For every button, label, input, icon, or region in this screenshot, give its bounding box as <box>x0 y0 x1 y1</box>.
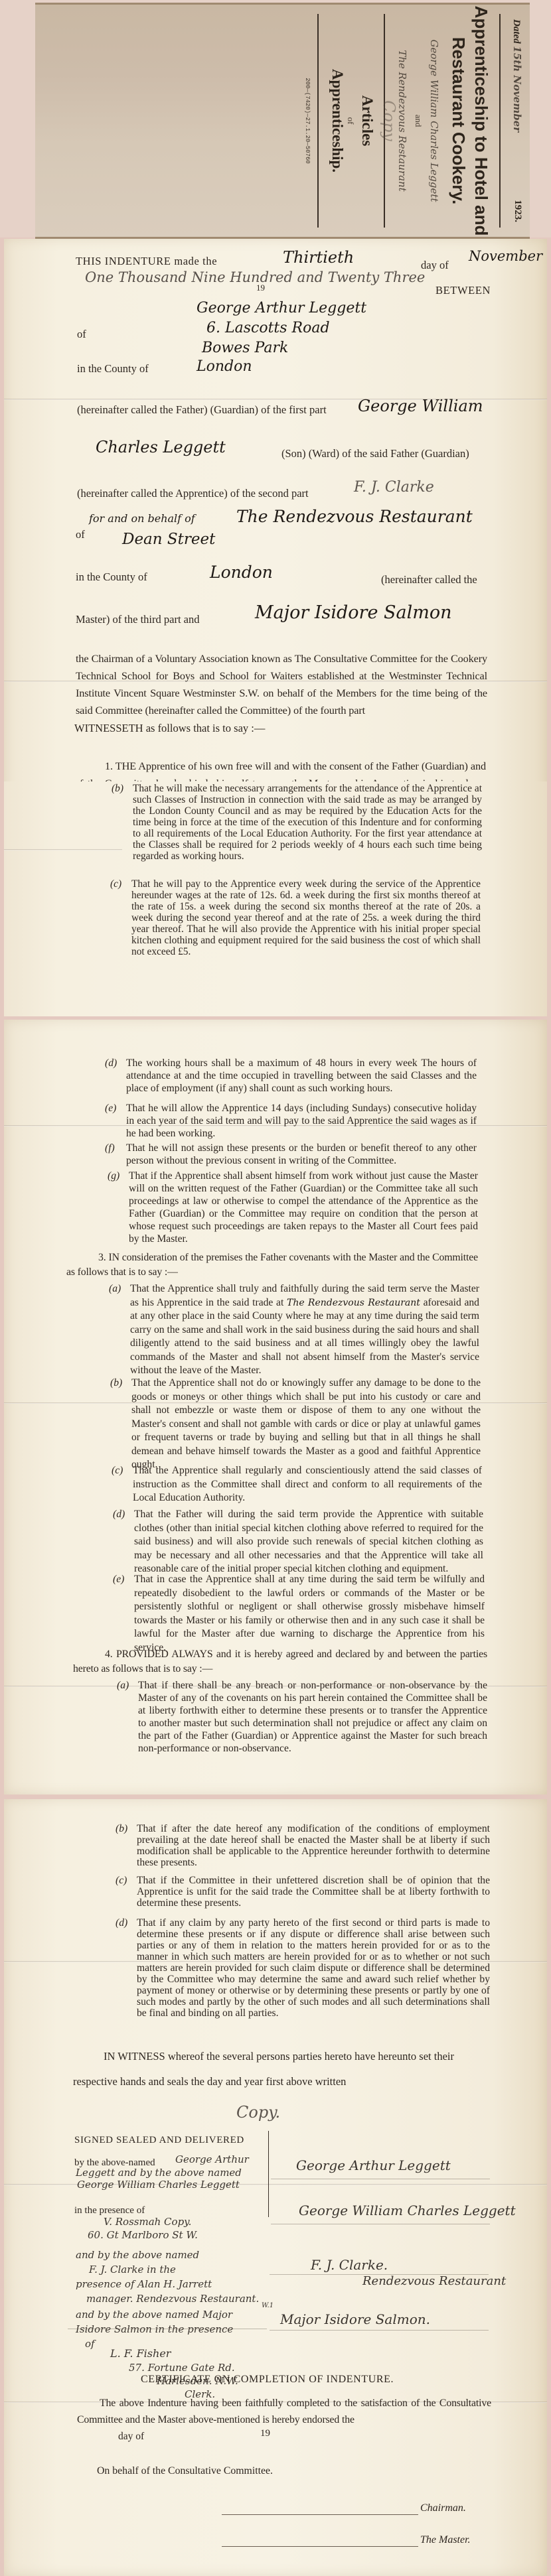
cover-and: and <box>413 5 424 237</box>
by-named-3: George William Charles Leggett <box>77 2179 240 2191</box>
clause-4c-text: That if the Committee in their unfettere… <box>137 1875 490 1909</box>
signature-master-business: Rendezvous Restaurant <box>362 2274 506 2288</box>
clause-2b: (b) That he will make the necessary arra… <box>133 783 482 862</box>
chairman-name: Major Isidore Salmon <box>255 602 452 623</box>
certificate-day-of: day of <box>118 2431 144 2443</box>
certificate-text: The above Indenture having been faithful… <box>77 2395 491 2428</box>
clause-4c: (c) That if the Committee in their unfet… <box>137 1875 490 1909</box>
chairman-signature-line <box>222 2514 418 2515</box>
clause-3e-letter: (e) <box>113 1573 124 1587</box>
father-address-1: 6. Lascotts Road <box>206 320 330 336</box>
year-prefix: 19 <box>256 283 265 293</box>
master-county-label: in the County of <box>76 571 147 584</box>
witnesseth-heading: WITNESSETH as follows that is to say :— <box>74 722 265 735</box>
cover-party1: George William Charles Leggett <box>428 5 440 237</box>
signed-sealed-label: SIGNED SEALED AND DELIVERED <box>74 2135 244 2146</box>
fold-line <box>4 849 122 850</box>
cover-page: Dated 15th November 1923. Apprenticeship… <box>35 3 530 239</box>
clause-4b-letter: (b) <box>116 1823 127 1834</box>
chairman-label: Chairman. <box>420 2502 466 2514</box>
clause-3-head: 3. IN consideration of the premises the … <box>66 1251 478 1280</box>
signature-master: F. J. Clarke. <box>311 2257 388 2273</box>
cover-title: Apprenticeship to Hotel and Restaurant C… <box>447 5 493 237</box>
clause-2e: (e) That he will allow the Apprentice 14… <box>126 1102 477 1140</box>
clause-2d: (d) The working hours shall be a maximum… <box>126 1057 477 1095</box>
clause-3a-text-end: aforesaid and at any other place in the … <box>130 1297 479 1377</box>
clause-3e-text: That in case the Apprentice shall at any… <box>134 1574 485 1653</box>
certificate-year: 19 <box>260 2428 270 2439</box>
clause-4-head: 4. PROVIDED ALWAYS and it is hereby agre… <box>73 1647 487 1676</box>
master-county: London <box>210 563 273 582</box>
cover-dated-row: Dated 15th November 1923. <box>511 5 523 237</box>
indenture-day: Thirtieth <box>283 248 354 267</box>
master-of-label: of <box>76 528 85 541</box>
master-signature-line <box>222 2546 418 2547</box>
clause-4a-text: That if there shall be any breach or non… <box>138 1680 487 1754</box>
witness-1-address: 60. Gt Marlboro St W. <box>88 2229 198 2241</box>
signature-chairman: Major Isidore Salmon. <box>280 2311 430 2327</box>
cover-print-code: 200—(7420)—27.1.20—50760 <box>304 5 311 237</box>
witness-2-line-1: and by the above named <box>76 2249 199 2261</box>
master-label: The Master. <box>420 2534 471 2546</box>
witness-1-name: V. Rossmah Copy. <box>104 2216 191 2228</box>
witness-3-mark: W.1 <box>262 2302 274 2309</box>
witness-2-line-2: F. J. Clarke in the <box>89 2264 176 2275</box>
witness-3-line-2: Isidore Salmon in the presence <box>76 2323 233 2335</box>
signature-line <box>68 2329 267 2329</box>
master-called-label: Master) of the third part and <box>76 613 199 626</box>
signature-line <box>271 2224 490 2224</box>
clause-2e-text: That he will allow the Apprentice 14 day… <box>126 1103 477 1139</box>
father-of-label: of <box>77 328 86 341</box>
clause-3b-text: That the Apprentice shall not do or know… <box>131 1377 481 1470</box>
clause-2f: (f) That he will not assign these presen… <box>126 1142 477 1167</box>
clause-2f-letter: (f) <box>105 1142 115 1154</box>
hereinafter-called-the: (hereinafter called the <box>381 573 477 586</box>
clause-4a-letter: (a) <box>117 1679 129 1692</box>
clause-2g: (g) That if the Apprentice shall absent … <box>129 1170 478 1245</box>
dated-day: 15th November <box>511 46 523 132</box>
witness-3-line-1: and by the above named Major <box>76 2309 232 2321</box>
signature-line <box>270 2330 489 2331</box>
clause-4b: (b) That if after the date hereof any mo… <box>137 1823 490 1868</box>
for-behalf-label: for and on behalf of <box>89 512 195 525</box>
certificate-title: CERTIFICATE ON COMPLETION OF INDENTURE. <box>141 2374 394 2386</box>
clause-3b-letter: (b) <box>110 1377 122 1390</box>
clause-2b-text: That he will make the necessary arrangem… <box>133 783 482 862</box>
copy-mark: Copy. <box>236 2103 280 2122</box>
clause-3c: (c) That the Apprentice shall regularly … <box>133 1464 482 1505</box>
cover-articles: Articles <box>357 5 377 237</box>
by-named-2: Leggett and by the above named <box>76 2167 242 2179</box>
page-1-lower: (b) That he will make the necessary arra… <box>4 781 547 1016</box>
father-county: London <box>197 358 252 375</box>
clause-4d: (d) That if any claim by any party heret… <box>137 1917 490 2019</box>
signature-apprentice: George William Charles Leggett <box>299 2203 516 2218</box>
cover-copy-mark: Copy <box>380 5 398 237</box>
father-called-label: (hereinafter called the Father) (Guardia… <box>77 403 327 417</box>
indenture-year-words: One Thousand Nine Hundred and Twenty Thr… <box>85 269 425 285</box>
cover-rule-bottom <box>318 14 319 228</box>
committee-paragraph: the Chairman of a Voluntary Association … <box>76 650 487 719</box>
clause-2c: (c) That he will pay to the Apprentice e… <box>131 878 481 957</box>
clause-3d-text: That the Father will during the said ter… <box>134 1509 483 1574</box>
clause-4d-letter: (d) <box>116 1917 127 1929</box>
page-3: (b) That if after the date hereof any mo… <box>4 1799 547 2576</box>
clause-3a-place: The Rendezvous Restaurant <box>287 1298 420 1308</box>
signature-bracket <box>268 2131 269 2217</box>
cover-apprenticeship: Apprenticeship. <box>327 5 347 237</box>
clause-3d: (d) That the Father will during the said… <box>134 1508 483 1576</box>
clause-4c-letter: (c) <box>116 1875 127 1886</box>
clause-3c-letter: (c) <box>112 1464 123 1478</box>
signature-father: George Arthur Leggett <box>296 2157 451 2173</box>
clause-3a: (a) That the Apprentice shall truly and … <box>130 1282 479 1378</box>
indenture-month: November <box>469 248 542 264</box>
master-address: Dean Street <box>122 531 215 548</box>
clause-2d-text: The working hours shall be a maximum of … <box>126 1057 477 1094</box>
clause-3d-letter: (d) <box>113 1508 125 1522</box>
master-representative: F. J. Clarke <box>354 479 434 496</box>
page-2: (d) The working hours shall be a maximum… <box>4 1020 547 1795</box>
clause-3e: (e) That in case the Apprentice shall at… <box>134 1573 485 1655</box>
apprentice-name-2: Charles Leggett <box>96 438 226 456</box>
cover-title-line2: Restaurant Cookery. <box>447 5 470 237</box>
in-witness-line-1: IN WITNESS whereof the several persons p… <box>104 2050 454 2063</box>
clause-4d-text: That if any claim by any party hereto of… <box>137 1917 490 2019</box>
dated-prefix: Dated <box>511 19 522 44</box>
apprentice-called-label: (hereinafter called the Apprentice) of t… <box>77 487 309 500</box>
clause-4b-text: That if after the date hereof any modifi… <box>137 1823 490 1868</box>
apprentice-name-1: George William <box>358 397 483 415</box>
clause-3b: (b) That the Apprentice shall not do or … <box>131 1377 481 1472</box>
clause-3c-text: That the Apprentice shall regularly and … <box>133 1465 482 1503</box>
witness-3-signature: L. F. Fisher <box>110 2347 171 2360</box>
clause-2g-letter: (g) <box>108 1170 119 1182</box>
witness-2-line-4: manager. Rendezvous Restaurant. <box>86 2293 259 2305</box>
clause-2b-letter: (b) <box>112 783 123 794</box>
clause-4a: (a) That if there shall be any breach or… <box>138 1679 487 1755</box>
clause-2c-letter: (c) <box>110 878 121 890</box>
witness-2-line-3: presence of Alan H. Jarrett <box>76 2278 212 2290</box>
between-label: BETWEEN <box>435 284 491 297</box>
signature-line <box>271 2179 490 2179</box>
clause-2e-letter: (e) <box>105 1102 116 1115</box>
by-named-1: George Arthur <box>175 2153 249 2165</box>
father-name: George Arthur Leggett <box>197 300 366 316</box>
cover-title-line1: Apprenticeship to Hotel and <box>470 5 493 237</box>
clause-2c-text: That he will pay to the Apprentice every… <box>131 878 481 957</box>
in-presence-label: in the presence of <box>74 2205 145 2216</box>
master-business-name: The Rendezvous Restaurant <box>236 507 473 526</box>
clause-3a-letter: (a) <box>109 1282 121 1296</box>
on-behalf-label: On behalf of the Consultative Committee. <box>97 2465 273 2477</box>
father-address-2: Bowes Park <box>202 340 288 356</box>
clause-2d-letter: (d) <box>105 1057 117 1069</box>
son-ward-label: (Son) (Ward) of the said Father (Guardia… <box>281 447 469 460</box>
clause-2f-text: That he will not assign these presents o… <box>126 1142 477 1166</box>
indenture-intro: THIS INDENTURE made the <box>76 255 217 268</box>
dated-year: 1923. <box>511 200 523 222</box>
cover-rule-top <box>500 14 501 228</box>
witness-3-line-3: of <box>85 2338 95 2350</box>
witness-3-address-1: 57. Fortune Gate Rd. <box>129 2362 235 2374</box>
cover-content: Dated 15th November 1923. Apprenticeship… <box>35 5 530 237</box>
in-witness-line-2: respective hands and seals the day and y… <box>73 2075 346 2088</box>
clause-2g-text: That if the Apprentice shall absent hims… <box>129 1170 478 1245</box>
father-county-label: in the County of <box>77 362 149 375</box>
